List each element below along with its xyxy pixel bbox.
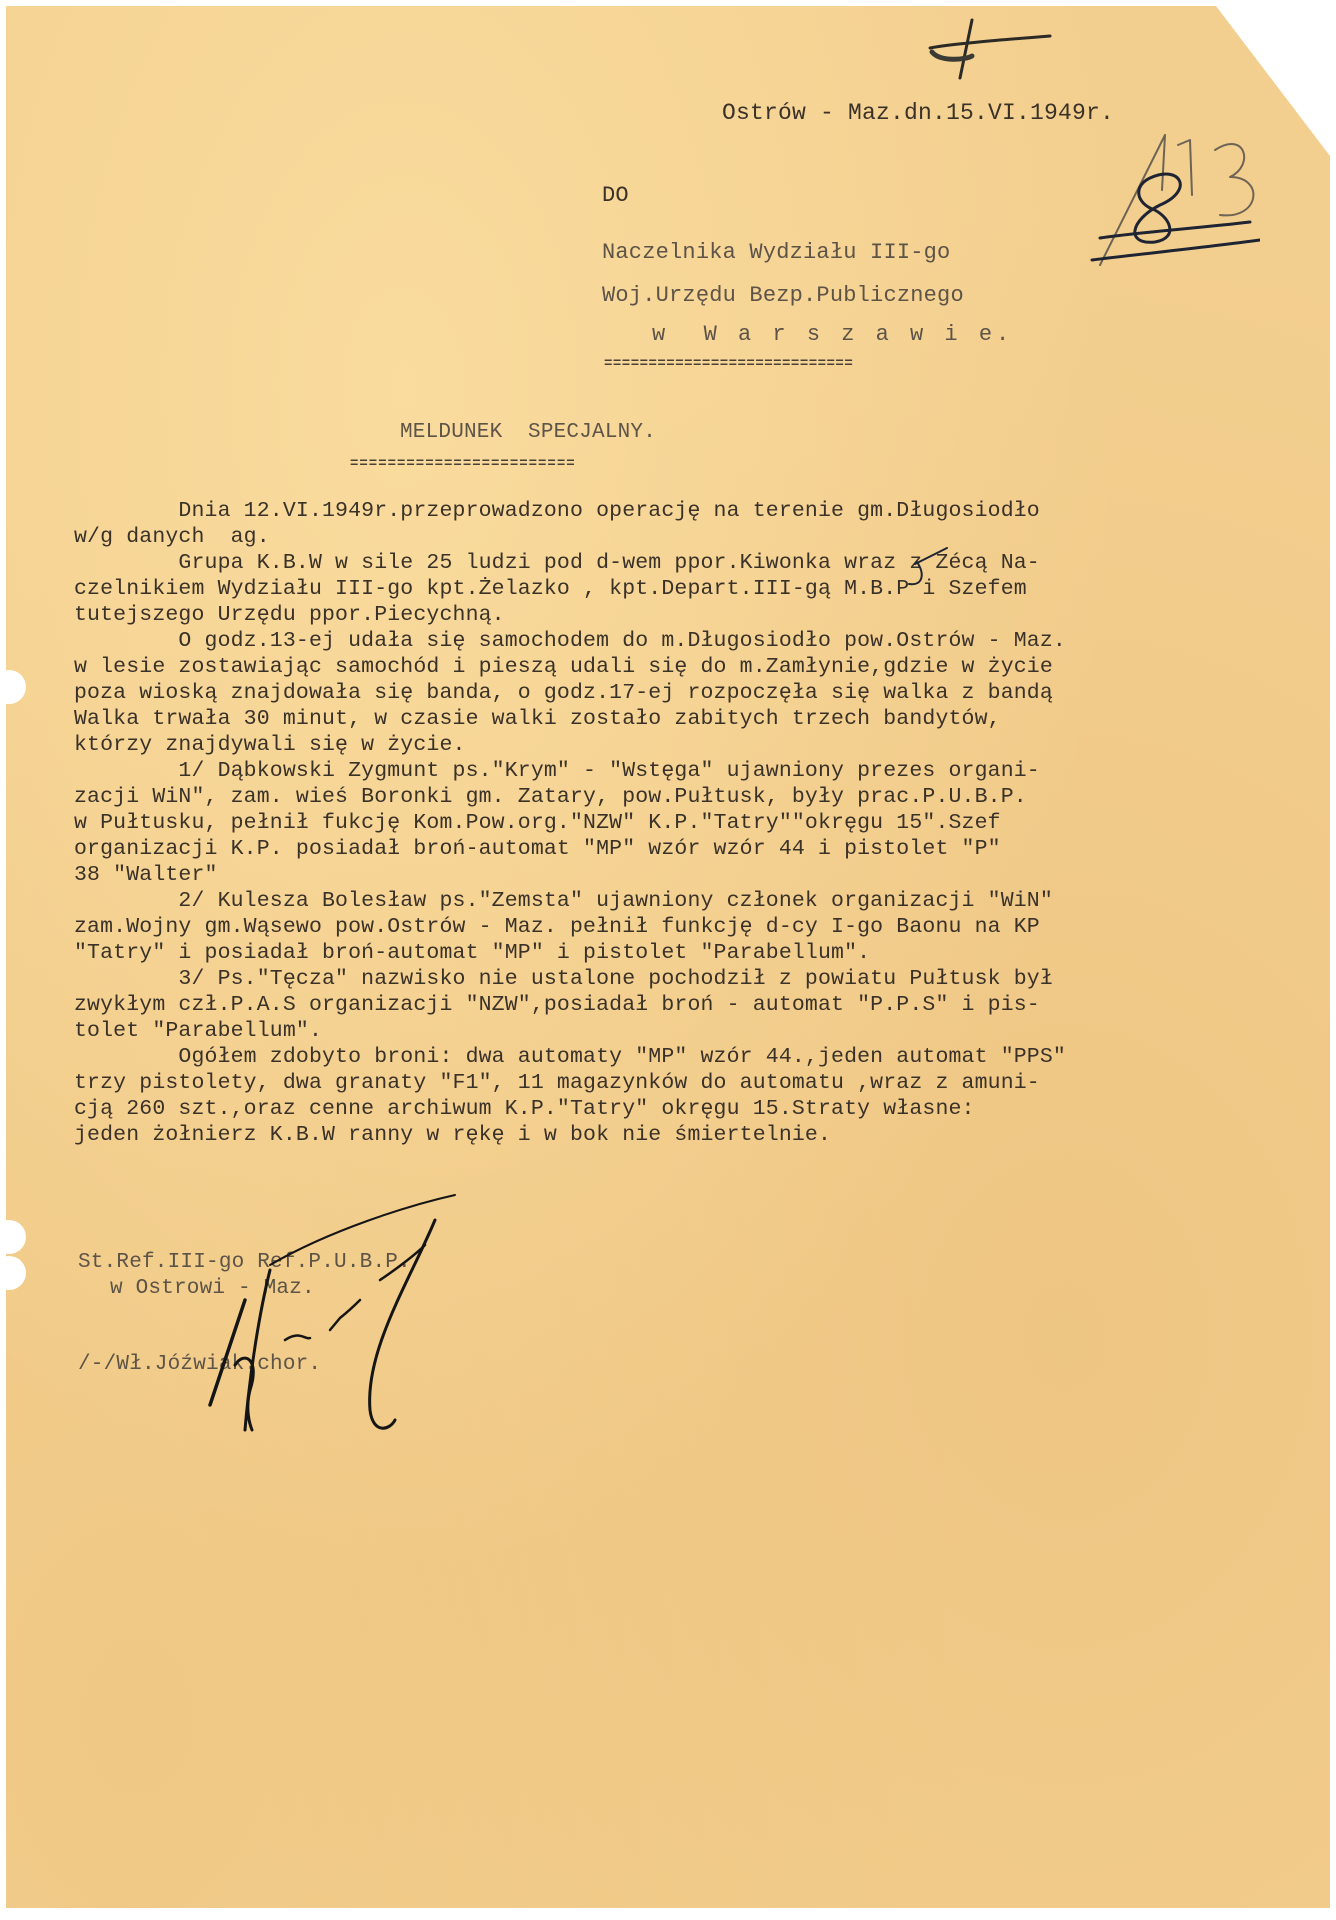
body-line: "Tatry" i posiadał broń-automat "MP" i p… (74, 940, 1304, 966)
body-line: tutejszego Urzędu ppor.Piecychną. (74, 602, 1304, 628)
handwritten-correction-mark-icon (895, 546, 955, 596)
document-title: MELDUNEK SPECJALNY. (400, 420, 656, 446)
body-line: 2/ Kulesza Bolesław ps."Zemsta" ujawnion… (74, 888, 1304, 914)
body-line: zwykłym czł.P.A.S organizacji "NZW",posi… (74, 992, 1304, 1018)
body-line: Grupa K.B.W w sile 25 ludzi pod d-wem pp… (74, 550, 1304, 576)
punch-hole (0, 1256, 26, 1290)
place-date: Ostrów - Maz.dn.15.VI.1949r. (722, 100, 1114, 126)
report-body: Dnia 12.VI.1949r.przeprowadzono operację… (74, 498, 1304, 1148)
body-line: którzy znajdywali się w życie. (74, 732, 1304, 758)
body-line: 3/ Ps."Tęcza" nazwisko nie ustalone poch… (74, 966, 1304, 992)
body-line: w Pułtusku, pełnił fukcję Kom.Pow.org."N… (74, 810, 1304, 836)
body-line: tolet "Parabellum". (74, 1018, 1304, 1044)
body-line: Walka trwała 30 minut, w czasie walki zo… (74, 706, 1304, 732)
body-line: poza wioską znajdowała się banda, o godz… (74, 680, 1304, 706)
body-line: organizacji K.P. posiadał broń-automat "… (74, 836, 1304, 862)
body-line: Dnia 12.VI.1949r.przeprowadzono operację… (74, 498, 1304, 524)
title-underline: ======================== (350, 456, 576, 472)
body-line: zacji WiN", zam. wieś Boronki gm. Zatary… (74, 784, 1304, 810)
punch-hole (0, 1220, 26, 1254)
body-line: Ogółem zdobyto broni: dwa automaty "MP" … (74, 1044, 1304, 1070)
addressee-line-2: Woj.Urzędu Bezp.Publicznego (602, 283, 964, 309)
body-line: czelnikiem Wydziału III-go kpt.Żelazko ,… (74, 576, 1304, 602)
body-line: zam.Wojny gm.Wąsewo pow.Ostrów - Maz. pe… (74, 914, 1304, 940)
handwritten-signature-icon (190, 1190, 490, 1450)
addressee-line-3: w W a r s z a w i e. (652, 322, 1013, 348)
body-line: w/g danych ag. (74, 524, 1304, 550)
body-line: jeden żołnierz K.B.W ranny w rękę i w bo… (74, 1122, 1304, 1148)
body-line: 1/ Dąbkowski Zygmunt ps."Krym" - "Wstęga… (74, 758, 1304, 784)
body-line: cją 260 szt.,oraz cenne archiwum K.P."Ta… (74, 1096, 1304, 1122)
body-line: 38 "Walter" (74, 862, 1304, 888)
addressee-underline: ============================ (604, 356, 853, 372)
addressee-to: DO (602, 183, 629, 209)
body-line: w lesie zostawiając samochód i pieszą ud… (74, 654, 1304, 680)
pen-archive-number-icon (1080, 170, 1260, 280)
addressee-line-1: Naczelnika Wydziału III-go (602, 240, 950, 266)
punch-hole (0, 670, 26, 704)
body-line: O godz.13-ej udała się samochodem do m.D… (74, 628, 1304, 654)
body-line: trzy pistolety, dwa granaty "F1", 11 mag… (74, 1070, 1304, 1096)
handwritten-page-number-icon (910, 18, 1070, 88)
